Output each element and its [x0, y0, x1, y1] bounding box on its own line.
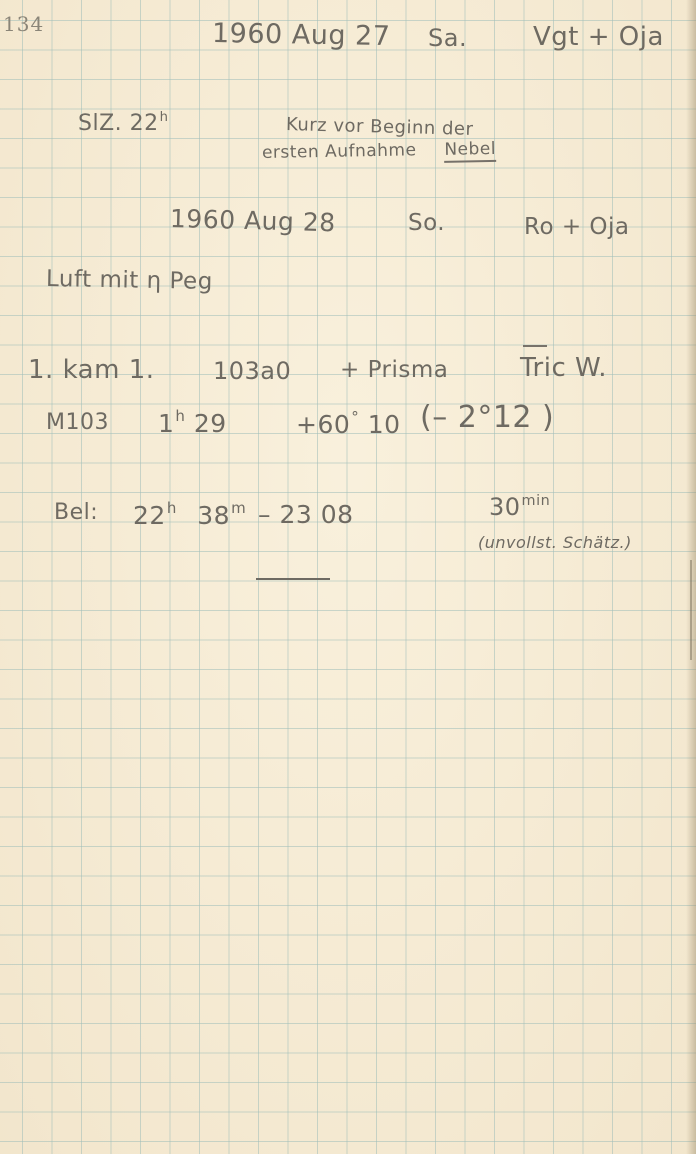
entry-separator-rule: [256, 578, 330, 580]
entry1-note-emphasis: Nebel: [444, 139, 496, 163]
entry1-time: SlZ. 22h: [78, 110, 169, 136]
entry2-duration-note: (unvollst. Schätz.): [478, 533, 632, 552]
exp-start-hours-unit: h: [167, 499, 177, 517]
entry1-date: 1960 Aug 27: [212, 18, 391, 52]
entry1-note-prefix: ersten Aufnahme: [262, 140, 417, 163]
page-number: 134: [3, 12, 44, 36]
entry2-dec: +60° 10: [296, 408, 401, 439]
entry1-observers: Vgt + Oja: [533, 22, 664, 52]
ra-hours-unit: h: [175, 407, 185, 425]
entry1-time-unit: h: [160, 110, 169, 125]
page-edge-mark: [690, 560, 692, 660]
entry2-camera: 1. kam 1.: [28, 355, 155, 385]
entry1-note-line2: ersten Aufnahme Nebel: [262, 139, 496, 163]
notebook-page: 134 1960 Aug 27 Sa. Vgt + Oja SlZ. 22h K…: [0, 0, 696, 1154]
entry2-ra: 1h 29: [158, 407, 227, 438]
entry2-instrument: Tric W.: [520, 353, 607, 383]
entry2-duration: 30min: [489, 493, 550, 521]
entry2-offset: (– 2°12 ): [420, 400, 554, 435]
ra-hours: 1: [158, 409, 174, 438]
duration-value: 30: [489, 493, 521, 521]
exp-start-minutes-unit: m: [231, 499, 246, 517]
entry2-exposure-label: Bel:: [54, 500, 98, 525]
entry1-time-value: 22: [130, 111, 159, 136]
entry1-time-label: SlZ.: [78, 111, 122, 136]
ra-minutes: 29: [194, 409, 227, 438]
entry2-remark: Luft mit η Peg: [46, 266, 213, 295]
entry1-note-line1: Kurz vor Beginn der: [286, 114, 474, 140]
entry2-date: 1960 Aug 28: [170, 204, 336, 237]
entry2-observers: Ro + Oja: [524, 214, 630, 240]
entry2-filter: + Prisma: [340, 357, 448, 383]
dec-minutes: 10: [368, 410, 401, 439]
instrument-overline: [523, 345, 547, 347]
dec-degrees: +60: [296, 410, 350, 439]
dec-degree-symbol: °: [351, 408, 359, 426]
entry2-object: M103: [46, 410, 109, 435]
entry2-exposure-start: 22h 38m: [133, 499, 246, 530]
entry2-exposure-end: – 23 08: [258, 500, 354, 529]
entry1-weekday: Sa.: [428, 24, 467, 52]
entry2-weekday: So.: [408, 210, 445, 236]
entry2-plate: 103a0: [213, 357, 291, 385]
duration-unit: min: [522, 493, 551, 509]
exp-start-hours: 22: [133, 501, 166, 530]
exp-start-minutes: 38: [197, 501, 230, 530]
